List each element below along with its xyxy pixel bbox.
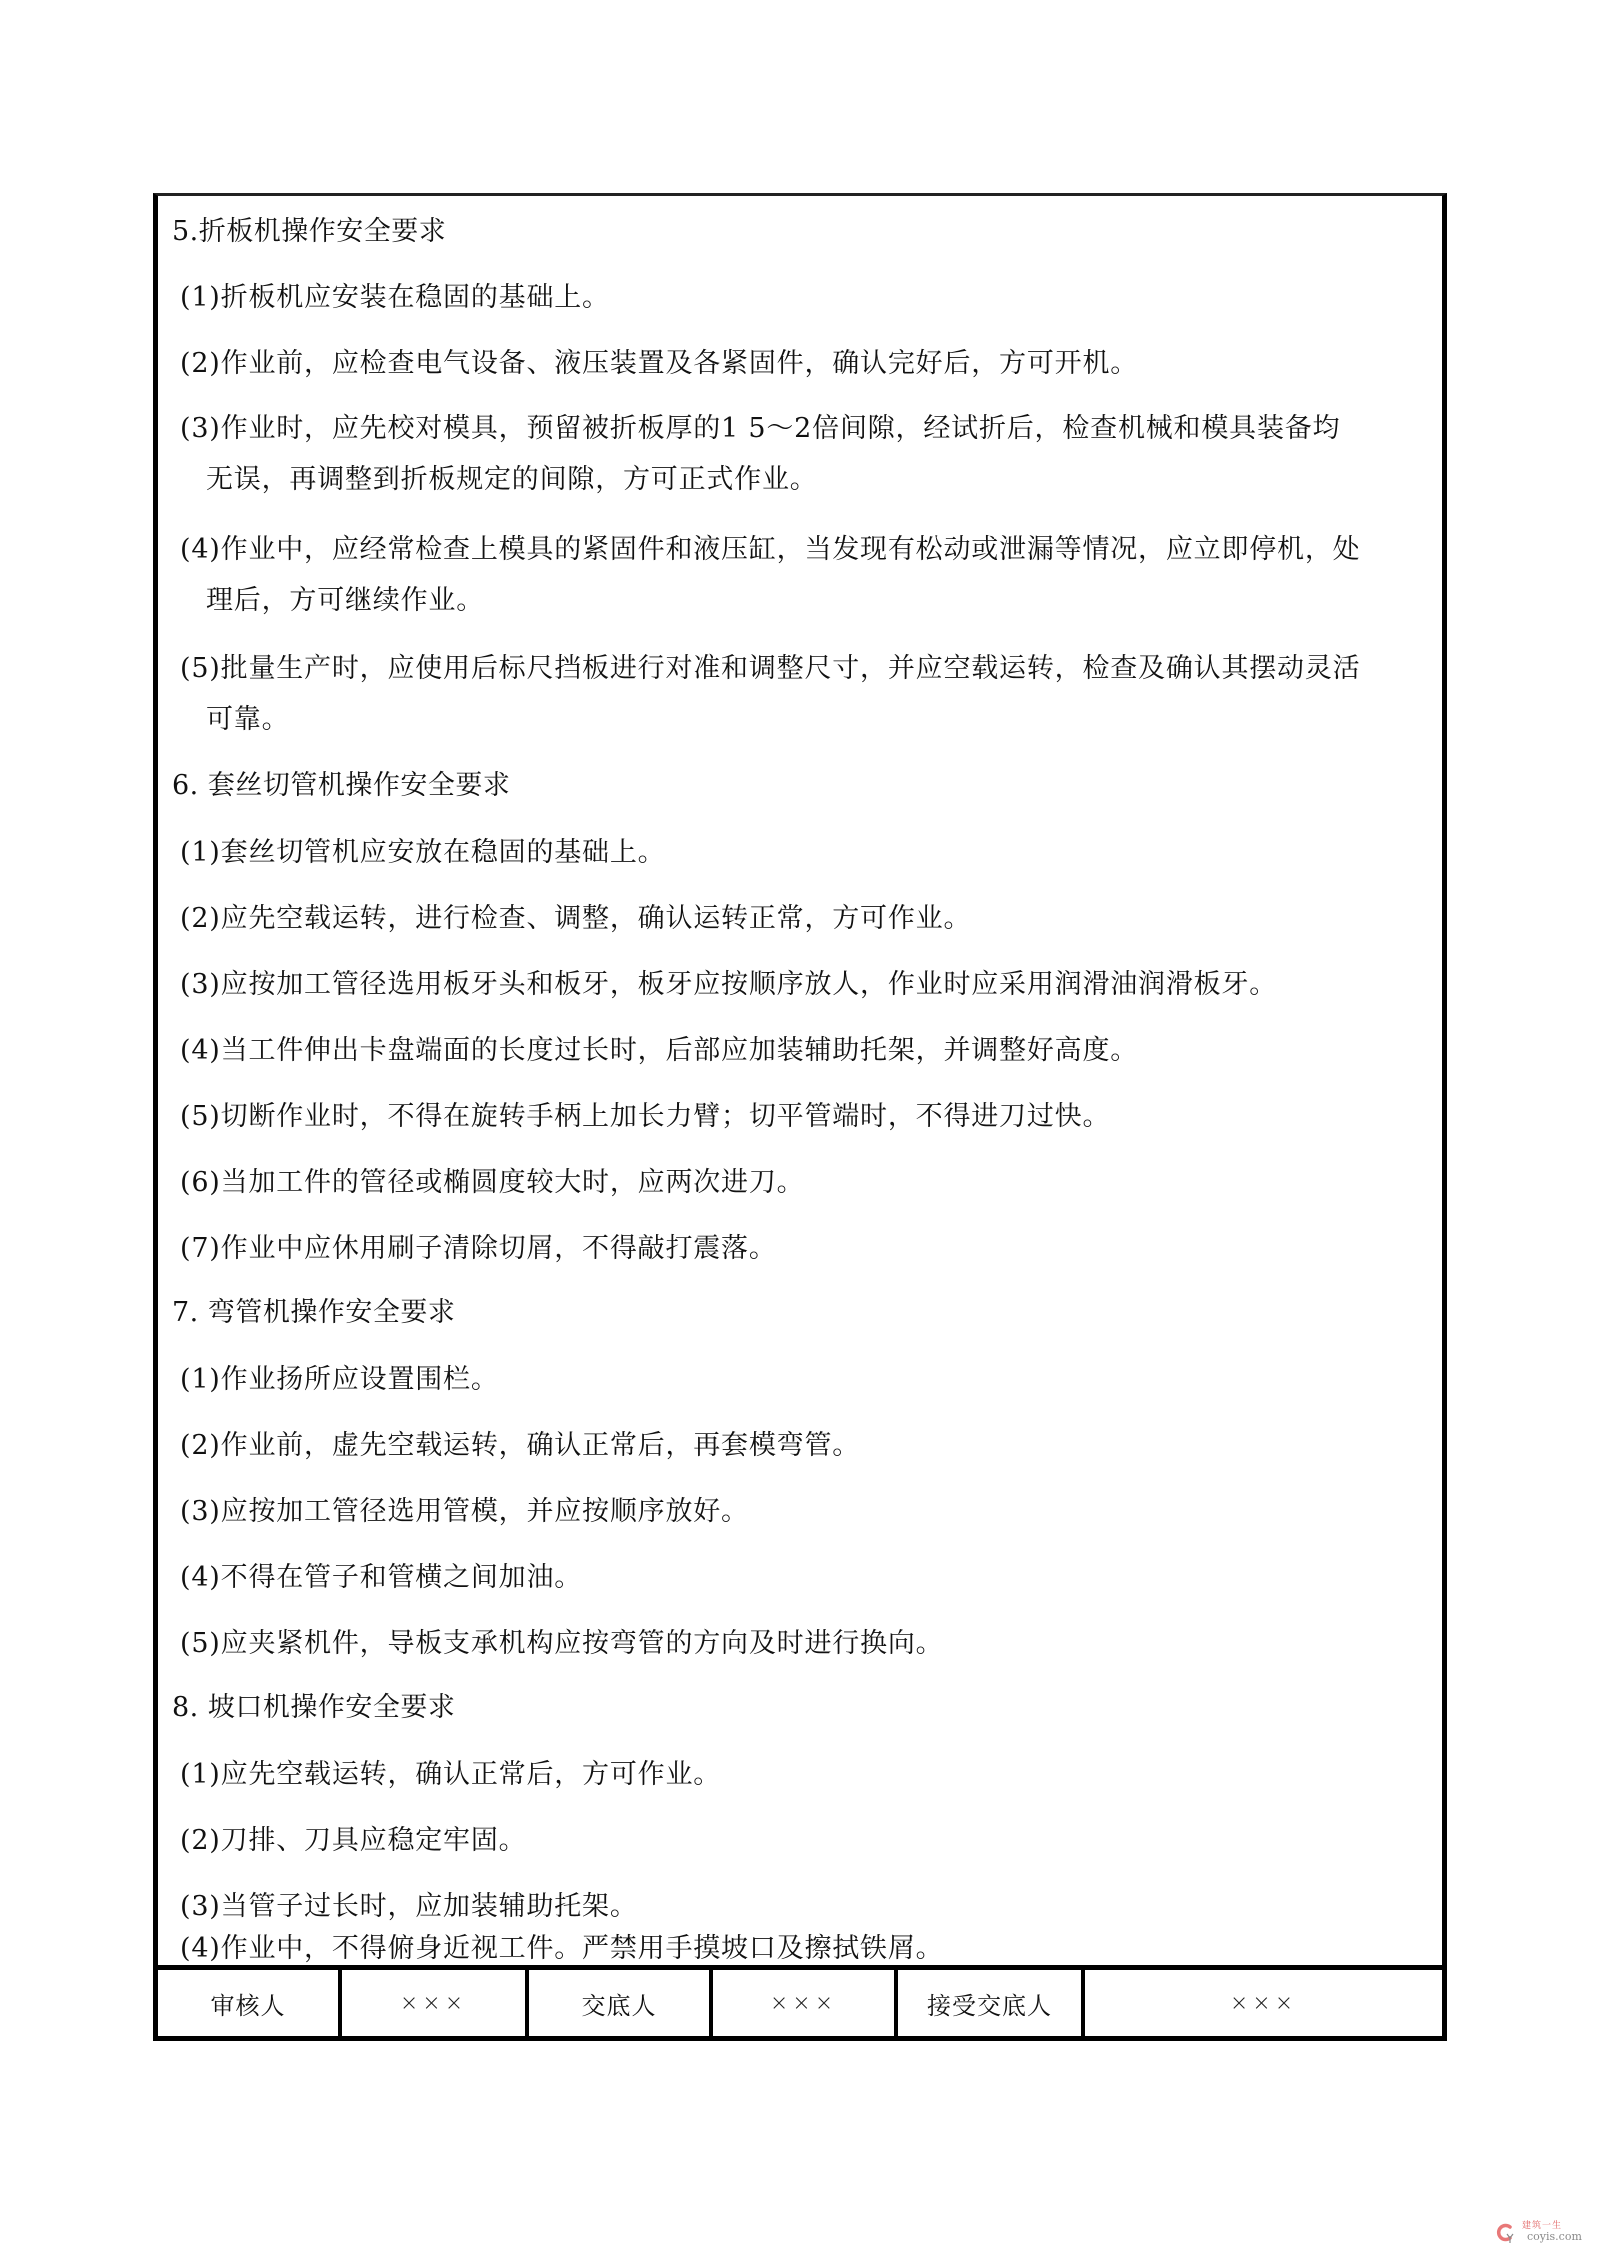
item-text: (5)切断作业时，不得在旋转手柄上加长力臂；切平管端时，不得进刀过快。 bbox=[180, 1091, 1430, 1142]
item-text: (2)作业前，虚先空载运转，确认正常后，再套模弯管。 bbox=[180, 1420, 1430, 1471]
item-text: (4)当工件伸出卡盘端面的长度过长时，后部应加装辅助托架，并调整好高度。 bbox=[180, 1025, 1430, 1076]
list-item: (5)应夹紧机件，导板支承机构应按弯管的方向及时进行换向。 bbox=[180, 1618, 1430, 1669]
section-title-8: 8. 坡口机操作安全要求 bbox=[172, 1691, 455, 1725]
discloser-label: 交底人 bbox=[529, 1970, 713, 2036]
section-title-6: 6. 套丝切管机操作安全要求 bbox=[172, 769, 510, 803]
item-text-continued: 理后，方可继续作业。 bbox=[180, 575, 1430, 626]
watermark: 建筑一生 coyis.com bbox=[1495, 2218, 1595, 2248]
item-text: (4)不得在管子和管横之间加油。 bbox=[180, 1552, 1430, 1603]
list-item: (2)作业前，虚先空载运转，确认正常后，再套模弯管。 bbox=[180, 1420, 1430, 1471]
disclosure-table: 5.折板机操作安全要求 (1)折板机应安装在稳固的基础上。 (2)作业前，应检查… bbox=[153, 193, 1447, 2041]
list-item: (2)应先空载运转，进行检查、调整，确认运转正常，方可作业。 bbox=[180, 893, 1430, 944]
list-item: (1)应先空载运转，确认正常后，方可作业。 bbox=[180, 1749, 1430, 1800]
item-text: (7)作业中应休用刷子清除切屑，不得敲打震落。 bbox=[180, 1223, 1430, 1274]
item-text: (1)应先空载运转，确认正常后，方可作业。 bbox=[180, 1749, 1430, 1800]
item-text: (2)刀排、刀具应稳定牢固。 bbox=[180, 1815, 1430, 1866]
item-text: (1)作业扬所应设置围栏。 bbox=[180, 1354, 1430, 1405]
item-text-continued: 无误，再调整到折板规定的间隙，方可正式作业。 bbox=[180, 454, 1430, 505]
list-item: (2)作业前，应检查电气设备、液压装置及各紧固件，确认完好后，方可开机。 bbox=[180, 338, 1430, 389]
item-text: (2)应先空载运转，进行检查、调整，确认运转正常，方可作业。 bbox=[180, 893, 1430, 944]
list-item: (4)当工件伸出卡盘端面的长度过长时，后部应加装辅助托架，并调整好高度。 bbox=[180, 1025, 1430, 1076]
item-text: (1)折板机应安装在稳固的基础上。 bbox=[180, 272, 1430, 323]
receiver-value: ××× bbox=[1085, 1970, 1442, 2036]
list-item: (4)不得在管子和管横之间加油。 bbox=[180, 1552, 1430, 1603]
item-text: (4)作业中，应经常检查上模具的紧固件和液压缸，当发现有松动或泄漏等情况，应立即… bbox=[180, 524, 1430, 575]
item-text: (3)应按加工管径选用管模，并应按顺序放好。 bbox=[180, 1486, 1430, 1537]
reviewer-value: ××× bbox=[342, 1970, 529, 2036]
item-text: (2)作业前，应检查电气设备、液压装置及各紧固件，确认完好后，方可开机。 bbox=[180, 338, 1430, 389]
list-item: (1)套丝切管机应安放在稳固的基础上。 bbox=[180, 827, 1430, 878]
discloser-value: ××× bbox=[713, 1970, 898, 2036]
list-item: (5)切断作业时，不得在旋转手柄上加长力臂；切平管端时，不得进刀过快。 bbox=[180, 1091, 1430, 1142]
watermark-en-text: coyis.com bbox=[1527, 2230, 1582, 2243]
list-item: (3)应按加工管径选用板牙头和板牙，板牙应按顺序放人，作业时应采用润滑油润滑板牙… bbox=[180, 959, 1430, 1010]
item-text-continued: 可靠。 bbox=[180, 694, 1430, 745]
item-text: (1)套丝切管机应安放在稳固的基础上。 bbox=[180, 827, 1430, 878]
list-item: (1)折板机应安装在稳固的基础上。 bbox=[180, 272, 1430, 323]
reviewer-label: 审核人 bbox=[158, 1970, 342, 2036]
item-text: (6)当加工件的管径或椭圆度较大时，应两次进刀。 bbox=[180, 1157, 1430, 1208]
section-title-5: 5.折板机操作安全要求 bbox=[172, 215, 446, 249]
list-item: (7)作业中应休用刷子清除切屑，不得敲打震落。 bbox=[180, 1223, 1430, 1274]
item-text: (5)应夹紧机件，导板支承机构应按弯管的方向及时进行换向。 bbox=[180, 1618, 1430, 1669]
content-cell: 5.折板机操作安全要求 (1)折板机应安装在稳固的基础上。 (2)作业前，应检查… bbox=[158, 196, 1442, 1972]
signature-row: 审核人 ××× 交底人 ××× 接受交底人 ××× bbox=[158, 1965, 1442, 2036]
receiver-label: 接受交底人 bbox=[898, 1970, 1085, 2036]
item-text: (5)批量生产时，应使用后标尺挡板进行对准和调整尺寸，并应空载运转，检查及确认其… bbox=[180, 643, 1430, 694]
item-text: (3)应按加工管径选用板牙头和板牙，板牙应按顺序放人，作业时应采用润滑油润滑板牙… bbox=[180, 959, 1430, 1010]
list-item: (2)刀排、刀具应稳定牢固。 bbox=[180, 1815, 1430, 1866]
section-title-7: 7. 弯管机操作安全要求 bbox=[172, 1296, 455, 1330]
coyis-logo-icon bbox=[1495, 2222, 1517, 2244]
list-item: (3)应按加工管径选用管模，并应按顺序放好。 bbox=[180, 1486, 1430, 1537]
list-item: (6)当加工件的管径或椭圆度较大时，应两次进刀。 bbox=[180, 1157, 1430, 1208]
item-text: (3)作业时，应先校对模具，预留被折板厚的1 5～2倍间隙，经试折后，检查机械和… bbox=[180, 403, 1430, 454]
list-item: (1)作业扬所应设置围栏。 bbox=[180, 1354, 1430, 1405]
list-item: (4)作业中，应经常检查上模具的紧固件和液压缸，当发现有松动或泄漏等情况，应立即… bbox=[180, 524, 1430, 626]
list-item: (3)作业时，应先校对模具，预留被折板厚的1 5～2倍间隙，经试折后，检查机械和… bbox=[180, 403, 1430, 505]
list-item: (5)批量生产时，应使用后标尺挡板进行对准和调整尺寸，并应空载运转，检查及确认其… bbox=[180, 643, 1430, 745]
